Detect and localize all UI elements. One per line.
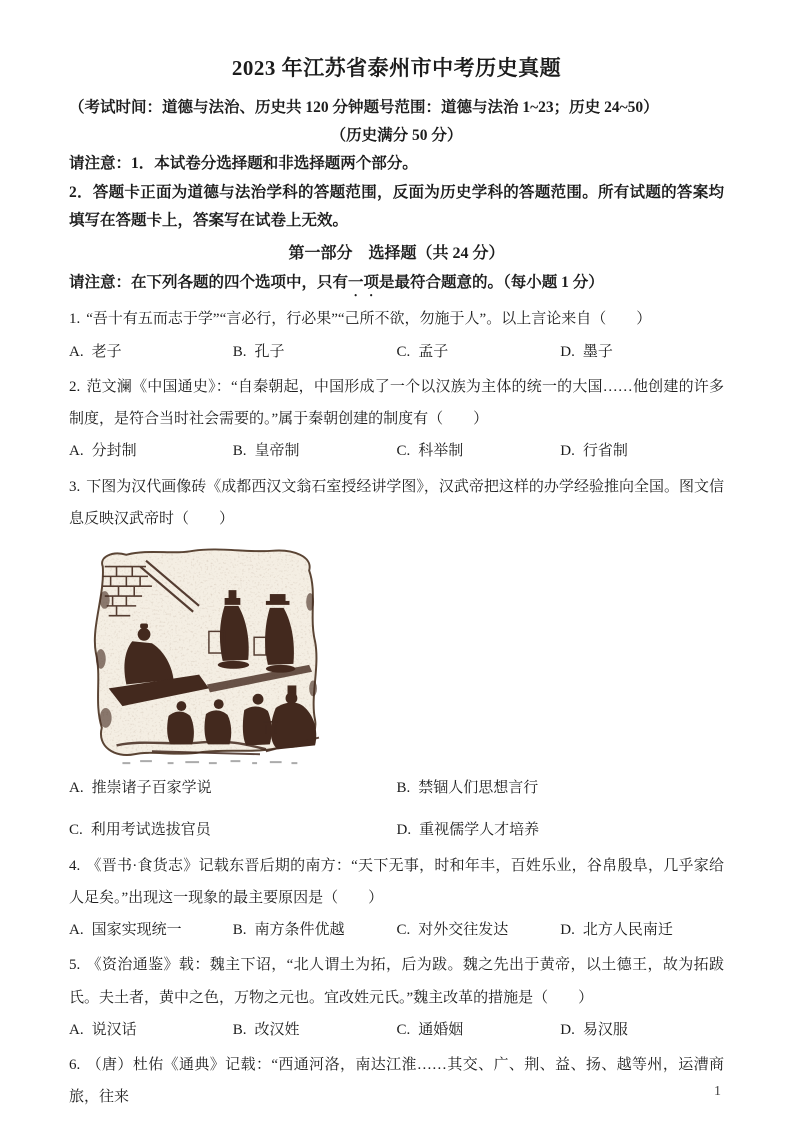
question-3-body: 下图为汉代画像砖《成都西汉文翁石室授经讲学图》，汉武帝把这样的办学经验推向全国。… (69, 479, 724, 527)
question-1-number: 1. (69, 311, 80, 327)
option-text: 易汉服 (583, 1022, 628, 1038)
option-label: A. (69, 780, 84, 796)
question-5-option-b: B.改汉姓 (233, 1014, 397, 1046)
question-1-option-a: A.老子 (69, 336, 233, 368)
question-6-text: 6.（唐）杜佑《通典》记载：“西通河洛，南达江淮……其交、广、荆、益、扬、越等州… (69, 1049, 724, 1114)
question-3-text: 3.下图为汉代画像砖《成都西汉文翁石室授经讲学图》，汉武帝把这样的办学经验推向全… (69, 471, 724, 536)
section-notice-prefix: 请注意：在下列各题的四个选项中，只有 (69, 274, 348, 291)
notice-line-2: 2．答题卡正面为道德与法治学科的答题范围，反面为历史学科的答题范围。所有试题的答… (69, 179, 724, 235)
question-1-body: “吾十有五而志于学”“言必行，行必果”“己所不欲，勿施于人”。以上言论来自（ ） (86, 311, 651, 327)
option-text: 利用考试选拔官员 (91, 822, 211, 838)
question-2-option-d: D.行省制 (560, 435, 724, 467)
option-label: C. (397, 344, 411, 360)
option-label: B. (233, 443, 247, 459)
option-text: 重视儒学人才培养 (419, 822, 539, 838)
question-1-option-d: D.墨子 (560, 336, 724, 368)
question-5-number: 5. (69, 957, 80, 973)
option-text: 北方人民南迁 (583, 922, 673, 938)
question-4-options: A.国家实现统一 B.南方条件优越 C.对外交往发达 D.北方人民南迁 (69, 914, 724, 946)
section-notice-emphasis: 一项 (348, 274, 379, 291)
question-3-option-a: A.推崇诸子百家学说 (69, 772, 397, 804)
question-5-option-c: C.通婚姻 (397, 1014, 561, 1046)
option-text: 孔子 (255, 344, 285, 360)
option-text: 通婚姻 (418, 1022, 463, 1038)
question-5-body: 《资治通鉴》载：魏主下诏，“北人谓土为拓，后为跋。魏之先出于黄帝，以土德王，故为… (69, 957, 724, 1005)
question-1-option-c: C.孟子 (397, 336, 561, 368)
option-label: A. (69, 1022, 84, 1038)
question-2-option-a: A.分封制 (69, 435, 233, 467)
question-3-options-row1: A.推崇诸子百家学说 B.禁锢人们思想言行 (69, 772, 724, 804)
question-1-option-b: B.孔子 (233, 336, 397, 368)
option-text: 墨子 (583, 344, 613, 360)
exam-page: 2023 年江苏省泰州市中考历史真题 （考试时间：道德与法治、历史共 120 分… (0, 0, 793, 1114)
question-4-option-a: A.国家实现统一 (69, 914, 233, 946)
option-label: B. (233, 922, 247, 938)
question-5-text: 5.《资治通鉴》载：魏主下诏，“北人谓土为拓，后为跋。魏之先出于黄帝，以土德王，… (69, 949, 724, 1014)
option-label: A. (69, 344, 84, 360)
question-2-text: 2.范文澜《中国通史》：“自秦朝起，中国形成了一个以汉族为主体的统一的大国……他… (69, 371, 724, 436)
option-label: D. (560, 443, 575, 459)
option-text: 南方条件优越 (255, 922, 345, 938)
exam-info-line: （考试时间：道德与法治、历史共 120 分钟题号范围：道德与法治 1~23；历史… (69, 94, 724, 122)
question-1-options: A.老子 B.孔子 C.孟子 D.墨子 (69, 336, 724, 368)
question-5-option-a: A.说汉话 (69, 1014, 233, 1046)
notice-line-1: 请注意：1．本试卷分选择题和非选择题两个部分。 (69, 150, 724, 178)
option-text: 皇帝制 (255, 443, 300, 459)
option-text: 改汉姓 (255, 1022, 300, 1038)
option-label: B. (233, 1022, 247, 1038)
question-4-text: 4.《晋书·食货志》记载东晋后期的南方：“天下无事，时和年丰，百姓乐业，谷帛殷阜… (69, 850, 724, 915)
option-text: 行省制 (583, 443, 628, 459)
option-text: 国家实现统一 (92, 922, 182, 938)
option-label: C. (397, 443, 411, 459)
page-number: 1 (714, 1084, 721, 1100)
section-title: 第一部分 选择题（共 24 分） (69, 239, 724, 269)
question-6-number: 6. (69, 1057, 80, 1073)
option-label: A. (69, 922, 84, 938)
section-notice-suffix: 是最符合题意的。（每小题 1 分） (379, 274, 604, 291)
question-4-number: 4. (69, 858, 80, 874)
section-notice: 请注意：在下列各题的四个选项中，只有一项是最符合题意的。（每小题 1 分） (69, 269, 724, 300)
option-label: C. (397, 922, 411, 938)
option-label: D. (397, 822, 412, 838)
option-label: B. (233, 344, 247, 360)
question-3-figure (83, 541, 724, 768)
option-label: B. (397, 780, 411, 796)
option-label: C. (69, 822, 83, 838)
question-6-body: （唐）杜佑《通典》记载：“西通河洛，南达江淮……其交、广、荆、益、扬、越等州，运… (69, 1057, 724, 1105)
option-label: D. (560, 344, 575, 360)
question-4-option-b: B.南方条件优越 (233, 914, 397, 946)
question-2-option-c: C.科举制 (397, 435, 561, 467)
option-text: 老子 (92, 344, 122, 360)
option-text: 科举制 (418, 443, 463, 459)
question-3-option-c: C.利用考试选拔官员 (69, 814, 397, 846)
option-text: 说汉话 (92, 1022, 137, 1038)
question-3-number: 3. (69, 479, 80, 495)
question-5-options: A.说汉话 B.改汉姓 C.通婚姻 D.易汉服 (69, 1014, 724, 1046)
page-title: 2023 年江苏省泰州市中考历史真题 (69, 52, 724, 82)
option-label: D. (560, 1022, 575, 1038)
option-text: 禁锢人们思想言行 (418, 780, 538, 796)
option-text: 孟子 (418, 344, 448, 360)
option-label: C. (397, 1022, 411, 1038)
question-4-body: 《晋书·食货志》记载东晋后期的南方：“天下无事，时和年丰，百姓乐业，谷帛殷阜，几… (69, 858, 724, 906)
question-2-body: 范文澜《中国通史》：“自秦朝起，中国形成了一个以汉族为主体的统一的大国……他创建… (69, 379, 724, 427)
question-4-option-d: D.北方人民南迁 (560, 914, 724, 946)
option-text: 推崇诸子百家学说 (92, 780, 212, 796)
question-3-option-b: B.禁锢人们思想言行 (397, 772, 725, 804)
option-label: D. (560, 922, 575, 938)
question-2-number: 2. (69, 379, 80, 395)
option-text: 分封制 (92, 443, 137, 459)
han-brick-relief-image (83, 541, 324, 768)
option-label: A. (69, 443, 84, 459)
question-5-option-d: D.易汉服 (560, 1014, 724, 1046)
question-3-option-d: D.重视儒学人才培养 (397, 814, 725, 846)
question-2-options: A.分封制 B.皇帝制 C.科举制 D.行省制 (69, 435, 724, 467)
option-text: 对外交往发达 (418, 922, 508, 938)
score-info-line: （历史满分 50 分） (69, 122, 724, 150)
question-2-option-b: B.皇帝制 (233, 435, 397, 467)
question-4-option-c: C.对外交往发达 (397, 914, 561, 946)
question-3-options-row2: C.利用考试选拔官员 D.重视儒学人才培养 (69, 814, 724, 846)
question-1-text: 1.“吾十有五而志于学”“言必行，行必果”“己所不欲，勿施于人”。以上言论来自（… (69, 303, 724, 335)
